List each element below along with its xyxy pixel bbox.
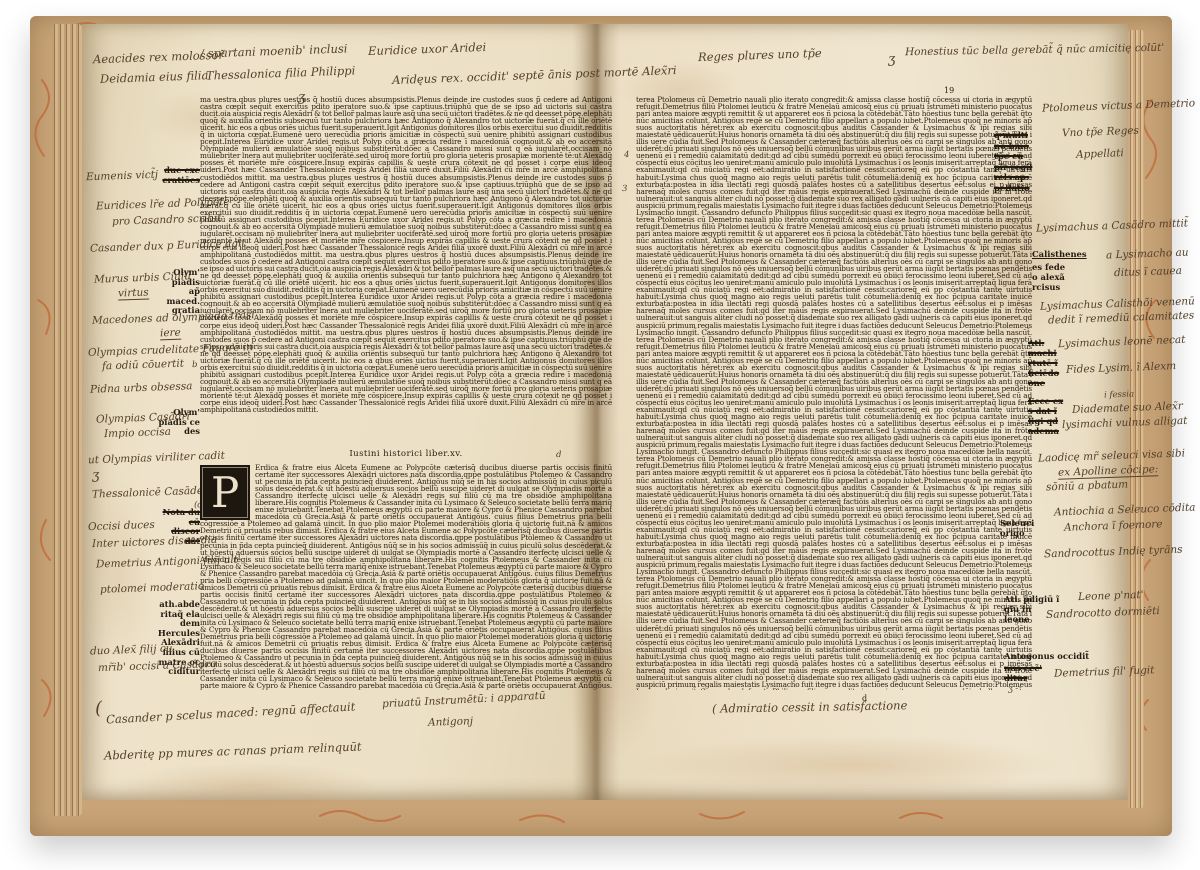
handwritten-note: iere [160,327,181,341]
handwritten-flourish: d [556,450,562,460]
handwritten-note: Leone p'nat' [1078,589,1144,603]
handwritten-note: ditus ĩ cauea [1114,265,1182,279]
handwritten-note: virtus [118,286,149,300]
handwritten-note: i fessia [1104,389,1134,400]
right-page-body: terea Ptolomeus cū Demetrio nauali plio … [636,96,1032,690]
left-page-body-lower: PErdica & fratre eius Alceta Eumene ac P… [200,464,612,690]
page-edges-stack [52,24,82,816]
handwritten-note: Antigonj [428,715,473,729]
printed-margin-note: due exe cratiōes [158,166,200,185]
handwritten-note: Appellati [1076,147,1124,161]
handwritten-paragraph-mark: 3 [622,184,628,194]
handwritten-bracket: ( [95,698,103,719]
printed-margin-note: Seleuci origo [1000,518,1040,538]
handwritten-flourish: ʒ [888,52,896,67]
page-heading: Iustini historici liber.xv. [200,449,612,459]
printed-margin-note: Olym' piadis ap̃ maced. gratia [158,268,200,316]
book-photo: Aeacides rex molossor̃ Deidamia eius fil… [0,0,1200,870]
handwritten-note: a Lysimacho au [1106,247,1189,262]
folio-number: 19 [944,86,954,95]
printed-margin-note: Calisthenes [1032,250,1087,260]
handwritten-flourish: ʒ [92,468,100,483]
handwritten-note: Eumenis vict̃j [86,169,158,184]
printed-margin-note: nus ecc̃' ditur [1004,663,1044,683]
left-page-body-upper: ma uestra.qbus plures uestros q̃ hostiū … [200,96,612,448]
handwritten-flourish: ʒ [1008,684,1013,694]
woodcut-initial-P: P [200,465,250,520]
printed-margin-note: Olym' piadis ce des [158,408,200,437]
printed-margin-note: Ecce ex s dat ĩ ligi qd adema [1028,396,1064,436]
handwritten-paragraph-mark: 4 [624,150,630,160]
left-page-lower-text: Erdica & fratre eius Alceta Eumene ac Po… [200,464,612,690]
handwritten-note: b [192,360,198,370]
printed-margin-note: q̃ multi no bmo tp̃e eū pĩr regil rels a… [994,130,1036,193]
printed-margin-note: es fede o alexã rcisus [1032,262,1072,292]
handwritten-note: Occisi duces [88,519,155,533]
printed-margin-note: Antogonus occidit̃ [1004,652,1089,662]
